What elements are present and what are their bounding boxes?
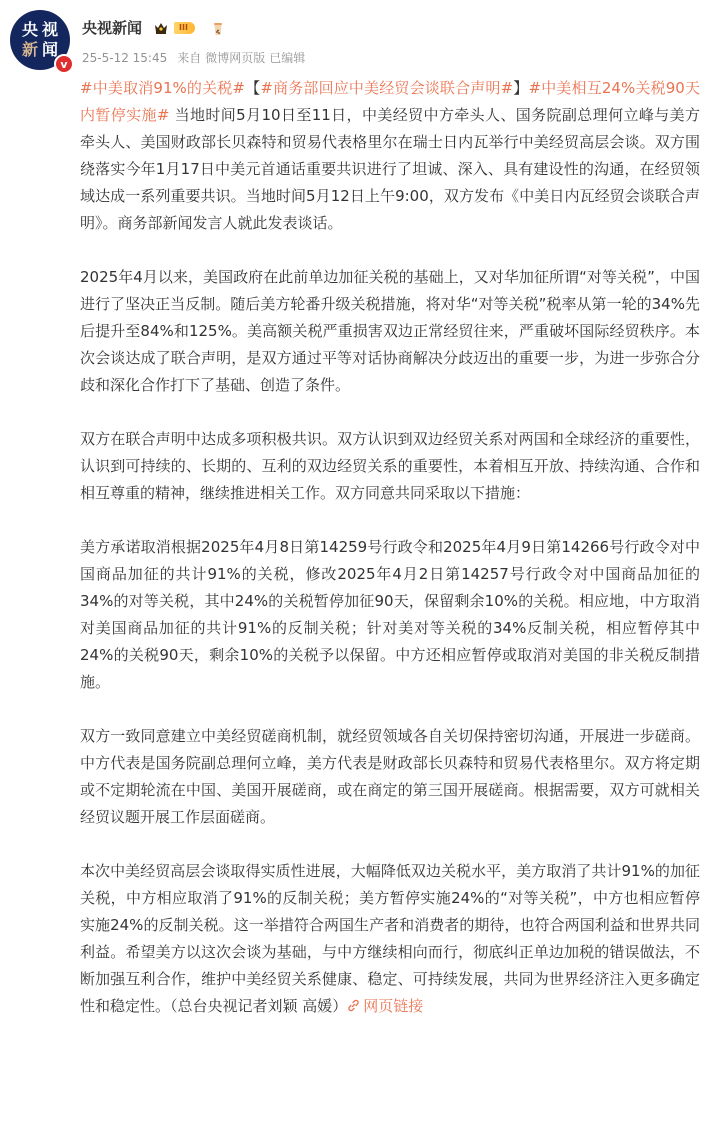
bracket: 【 xyxy=(245,79,260,97)
post-header: 央 视 新 闻 v 央视新闻 III 25-5-12 1 xyxy=(10,8,700,70)
paragraph: 美方承诺取消根据2025年4月8日第14259号行政令和2025年4月9日第14… xyxy=(80,534,700,696)
avatar-char: 央 xyxy=(20,20,40,40)
verified-icon: v xyxy=(54,54,74,74)
author-badges: III xyxy=(154,20,223,36)
bracket: 】 xyxy=(513,79,528,97)
post-timestamp[interactable]: 25-5-12 15:45 xyxy=(82,50,167,66)
paragraph: 双方在联合声明中达成多项积极共识。双方认识到双边经贸关系对两国和全球经济的重要性… xyxy=(80,426,700,507)
web-link[interactable]: 网页链接 xyxy=(347,997,423,1015)
paragraph-text: 本次中美经贸高层会谈取得实质性进展，大幅降低双边关税水平，美方取消了共计91%的… xyxy=(80,862,700,1015)
paragraph: #中美取消91%的关税#【#商务部回应中美经贸会谈联合声明#】#中美相互24%关… xyxy=(80,75,700,237)
milk-tea-icon[interactable] xyxy=(213,21,223,35)
source-prefix: 来自 xyxy=(177,50,201,66)
source-name: 微博网页版 xyxy=(205,50,265,66)
post-source: 来自 微博网页版 已编辑 xyxy=(177,50,305,66)
paragraph: 双方一致同意建立中美经贸磋商机制，就经贸领域各自关切保持密切沟通，开展进一步磋商… xyxy=(80,723,700,831)
level-badge[interactable]: III xyxy=(174,22,195,34)
topic-link[interactable]: #商务部回应中美经贸会谈联合声明# xyxy=(260,79,513,97)
avatar-logo: 央 视 新 闻 xyxy=(20,20,60,60)
crown-icon[interactable] xyxy=(154,22,168,34)
paragraph-text: 当地时间5月10日至11日，中美经贸中方牵头人、国务院副总理何立峰与美方牵头人、… xyxy=(80,106,700,232)
avatar[interactable]: 央 视 新 闻 v xyxy=(10,10,70,70)
avatar-char: 视 xyxy=(40,20,60,40)
topic-link[interactable]: #中美取消91%的关税# xyxy=(80,79,245,97)
edited-label[interactable]: 已编辑 xyxy=(269,50,305,66)
web-link-label: 网页链接 xyxy=(363,997,423,1015)
post-content: #中美取消91%的关税#【#商务部回应中美经贸会谈联合声明#】#中美相互24%关… xyxy=(80,75,700,1020)
link-icon xyxy=(347,994,360,1007)
paragraph: 2025年4月以来，美国政府在此前单边加征关税的基础上，又对华加征所谓“对等关税… xyxy=(80,264,700,399)
avatar-char: 新 xyxy=(20,40,40,60)
post-meta: 25-5-12 15:45 来自 微博网页版 已编辑 xyxy=(82,50,305,66)
paragraph: 本次中美经贸高层会谈取得实质性进展，大幅降低双边关税水平，美方取消了共计91%的… xyxy=(80,858,700,1020)
author-name[interactable]: 央视新闻 xyxy=(82,18,142,38)
